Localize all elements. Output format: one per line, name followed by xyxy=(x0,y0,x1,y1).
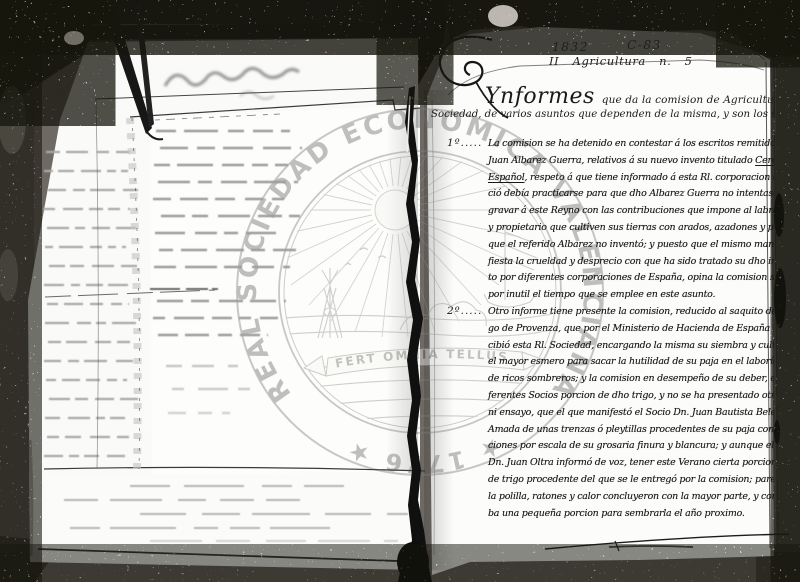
manuscript-line: fiesta la crueldad y desprecio con que h… xyxy=(488,254,769,271)
right-page-text: 1832 C-83 II Agricultura n. 5 Ynformesqu… xyxy=(430,24,774,564)
annotation-signature: C-83 xyxy=(627,37,662,52)
manuscript-line: ciones por escala de su grosaria finura … xyxy=(488,438,769,455)
manuscript-line: Amada de unas trenzas ó pleytillas proce… xyxy=(488,422,769,439)
manuscript-line: gravar á este Reyno con las contribucion… xyxy=(488,203,769,220)
manuscript-line: y propietario que cultiven sus tierras c… xyxy=(488,220,769,237)
manuscript-line: to por diferentes corporaciones de Españ… xyxy=(488,270,769,287)
manuscript-line: de trigo procedente del que se le entreg… xyxy=(488,472,769,489)
manuscript-line: ba una pequeña porcion para sembrarla el… xyxy=(488,506,769,523)
manuscript-line: Juan Albarez Guerra, relativos á su nuev… xyxy=(488,153,769,170)
report-title-line1: Ynformesque da la comision de Agricultur… xyxy=(485,84,774,109)
manuscript-line: por inutil el tiempo que se emplee en es… xyxy=(488,287,769,304)
manuscript-line: de ricos sombreros; y la comision en des… xyxy=(488,371,769,388)
manuscript-line: Otro informe tiene presente la comision,… xyxy=(488,304,769,321)
report-title-word: Ynformes xyxy=(485,84,595,109)
manuscript-line: go de Provenza, que por el Ministerio de… xyxy=(488,321,769,338)
manuscript-scan: REAL SOCIEDAD ECONOMICA VALENCIANA ★ 177… xyxy=(0,0,800,582)
report-items: 1º..... La comision se ha detenido en co… xyxy=(447,136,773,522)
manuscript-line: Español, respeto á que tiene informado á… xyxy=(488,170,769,187)
manuscript-line: que el referido Albarez no inventó; y pu… xyxy=(488,237,769,254)
manuscript-line: ni ensayo, que el que manifestó el Socio… xyxy=(488,405,769,422)
manuscript-line: Dn. Juan Oltra informó de voz, tener est… xyxy=(488,455,769,472)
item-lines: Otro informe tiene presente la comision,… xyxy=(488,304,773,522)
annotation-year: 1832 xyxy=(552,39,589,54)
item-lines: La comision se ha detenido en contestar … xyxy=(488,136,773,304)
report-title-rest: que da la comision de Agricultura á la R… xyxy=(595,94,774,106)
manuscript-line: el mayor esmero para sacar la hutilidad … xyxy=(488,354,769,371)
item-number: 1º..... xyxy=(447,137,482,149)
report-title-line2: Sociedad, de varios asuntos que dependen… xyxy=(431,108,774,120)
manuscript-line: ferentes Socios porcion de dho trigo, y … xyxy=(488,388,769,405)
annotation-section: II Agricultura n. 5 xyxy=(549,54,693,68)
item-number: 2º..... xyxy=(447,305,482,317)
manuscript-line: La comision se ha detenido en contestar … xyxy=(488,136,769,153)
report-item-1: 1º..... La comision se ha detenido en co… xyxy=(447,136,773,304)
manuscript-line: cibió esta Rl. Sociedad, encargando la m… xyxy=(488,338,769,355)
report-item-2: 2º..... Otro informe tiene presente la c… xyxy=(447,304,773,522)
manuscript-line: ció debía practicarse para que dho Albar… xyxy=(488,186,769,203)
manuscript-line: la polilla, ratones y calor concluyeron … xyxy=(488,489,769,506)
